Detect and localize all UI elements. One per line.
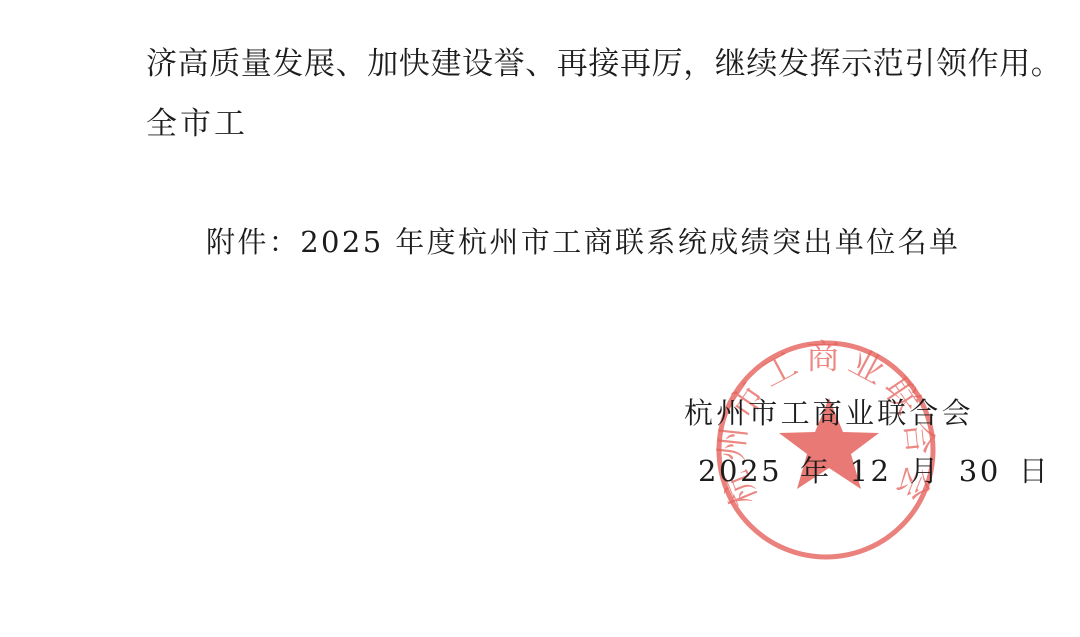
body-text-line: 济高质量发展、加快建设誉、再接再厉，继续发挥示范引领作用。: [146, 44, 1062, 84]
signature-organization: 杭州市工商业联合会: [684, 393, 974, 433]
document-page: 济高质量发展、加快建设誉、再接再厉，继续发挥示范引领作用。 全市工 附件：202…: [0, 0, 1080, 637]
official-seal: 杭州市工商业联合会: [712, 336, 940, 564]
signature-date: 2025 年 12 月 30 日: [698, 451, 1050, 491]
attachment-note: 附件：2025 年度杭州市工商联系统成绩突出单位名单: [206, 222, 960, 262]
body-text-line: 全市工: [146, 104, 248, 144]
